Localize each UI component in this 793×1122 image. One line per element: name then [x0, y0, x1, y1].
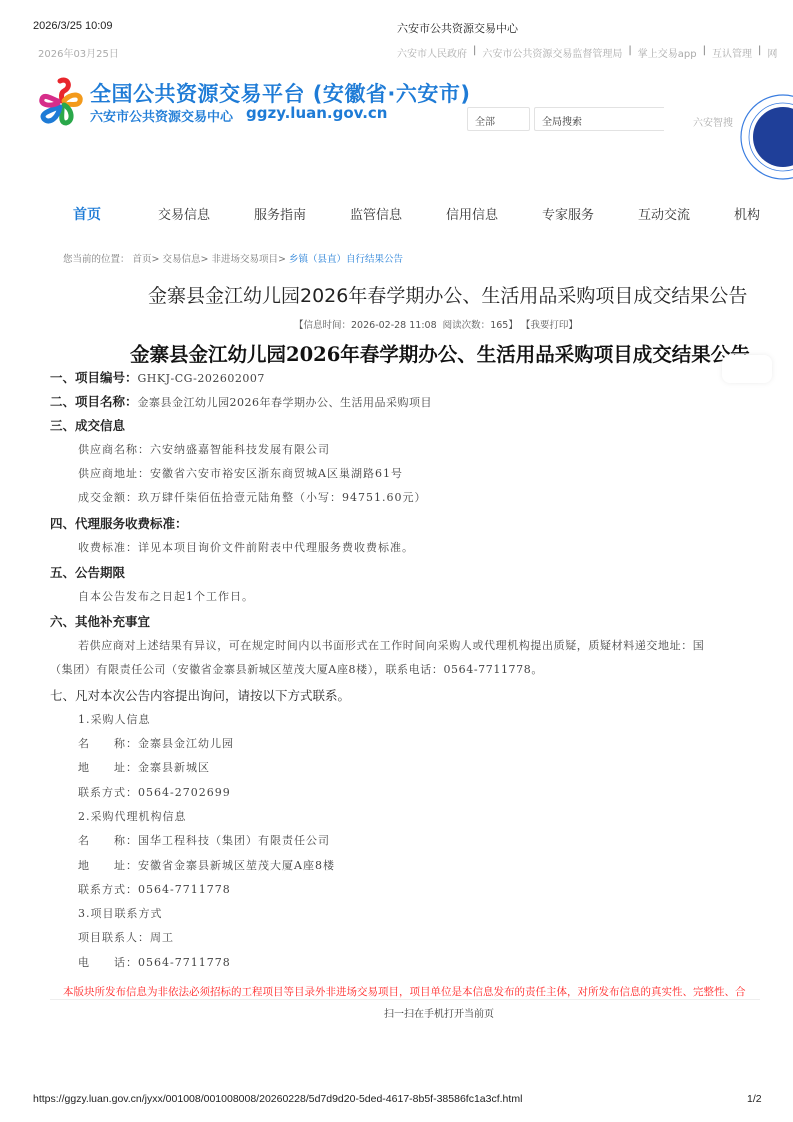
agency-heading: 2.采购代理机构信息 [78, 808, 187, 824]
deal-amount: 成交金额：玖万肆仟柒佰伍拾壹元陆角整（小写：94751.60元） [78, 489, 427, 505]
site-url: ggzy.luan.gov.cn [246, 104, 388, 122]
section-label: 一、项目编号： [50, 370, 138, 385]
breadcrumb: 您当前的位置： 首页> 交易信息> 非进场交易项目> 乡镇（县直）自行结果公告 [63, 251, 403, 265]
section-deal-info: 三、成交信息 [50, 416, 125, 434]
divider: | [758, 45, 761, 60]
project-contact-person: 项目联系人：周工 [78, 929, 174, 945]
objection-paragraph-line1: 若供应商对上述结果有异议，可在规定时间内以书面形式在工作时间向采购人或代理机构提… [50, 637, 760, 653]
emblem-seal-icon[interactable] [738, 92, 793, 182]
fee-standard: 收费标准：详见本项目询价文件前附表中代理服务费收费标准。 [78, 539, 414, 555]
nav-institutions[interactable]: 机构 [734, 204, 760, 223]
notice-period: 自本公告发布之日起1个工作日。 [78, 588, 254, 604]
nav-expert-service[interactable]: 专家服务 [542, 204, 594, 223]
project-name: 金寨县金江幼儿园2026年春学期办公、生活用品采购项目 [138, 396, 433, 409]
qr-scan-hint: 扫一扫在手机打开当前页 [384, 1005, 494, 1020]
supplier-address: 供应商地址：安徽省六安市裕安区浙东商贸城A区巢湖路61号 [78, 465, 403, 481]
section-project-number: 一、项目编号：GHKJ-CG-202602007 [50, 368, 265, 386]
agency-phone: 联系方式：0564-7711778 [78, 881, 231, 897]
project-contact-phone: 电 话：0564-7711778 [78, 954, 231, 970]
print-page-title: 六安市公共资源交易中心 [397, 20, 518, 36]
article-meta: 【信息时间：2026-02-28 11:08 阅读次数：165】 【我要打印】 [294, 317, 578, 331]
objection-paragraph-line2: （集团）有限责任公司（安徽省金寨县新城区堃茂大厦A座8楼），联系电话：0564-… [50, 661, 760, 677]
supplier-name: 供应商名称：六安纳盛嘉智能科技发展有限公司 [78, 441, 330, 457]
read-count-label: 阅读次数： [443, 320, 491, 331]
smart-search-button[interactable]: 六安智搜 [693, 114, 733, 129]
breadcrumb-non-venue-projects[interactable]: 非进场交易项目> [212, 254, 286, 265]
nav-supervision-info[interactable]: 监管信息 [350, 204, 402, 223]
link-mutual-recognition[interactable]: 互认管理 [712, 45, 752, 60]
breadcrumb-current[interactable]: 乡镇（县直）自行结果公告 [289, 254, 403, 265]
page-title: 金寨县金江幼儿园2026年春学期办公、生活用品采购项目成交结果公告 [148, 281, 747, 308]
disclaimer-notice: 本版块所发布信息为非依法必须招标的工程项目等目录外非进场交易项目，项目单位是本信… [63, 984, 760, 999]
breadcrumb-trade-info[interactable]: 交易信息> [163, 254, 209, 265]
platform-logo-icon[interactable] [38, 77, 86, 129]
current-date: 2026年03月25日 [38, 45, 119, 60]
divider: | [703, 45, 706, 60]
center-name: 六安市公共资源交易中心 [90, 106, 233, 125]
print-footer-url: https://ggzy.luan.gov.cn/jyxx/001008/001… [33, 1093, 522, 1105]
agency-name: 名 称：国华工程科技（集团）有限责任公司 [78, 832, 330, 848]
document-title: 金寨县金江幼儿园2026年春学期办公、生活用品采购项目成交结果公告 [130, 339, 750, 367]
meta-close: 】 [508, 320, 518, 331]
section-notice-period: 五、公告期限 [50, 563, 125, 581]
project-number: GHKJ-CG-202602007 [138, 372, 265, 385]
print-datetime: 2026/3/25 10:09 [33, 20, 113, 32]
divider: | [628, 45, 631, 60]
section-project-name: 二、项目名称：金寨县金江幼儿园2026年春学期办公、生活用品采购项目 [50, 392, 432, 410]
top-links: 六安市人民政府 | 六安市公共资源交易监督管理局 | 掌上交易app | 互认管… [397, 45, 777, 60]
meta-label: 【信息时间： [294, 320, 351, 331]
agency-address: 地 址：安徽省金寨县新城区堃茂大厦A座8楼 [78, 857, 335, 873]
nav-service-guide[interactable]: 服务指南 [254, 204, 306, 223]
search-scope-select[interactable]: 全部 [467, 107, 530, 131]
section-agency-fee: 四、代理服务收费标准： [50, 514, 188, 532]
divider: | [473, 45, 476, 60]
read-count: 165 [490, 320, 508, 331]
purchaser-address: 地 址：金寨县新城区 [78, 759, 210, 775]
nav-credit-info[interactable]: 信用信息 [446, 204, 498, 223]
main-nav: 首页 交易信息 服务指南 监管信息 信用信息 专家服务 互动交流 机构 [0, 204, 793, 224]
purchaser-heading: 1.采购人信息 [78, 711, 151, 727]
divider [50, 999, 760, 1000]
print-page-number: 1/2 [747, 1093, 762, 1105]
nav-interaction[interactable]: 互动交流 [638, 204, 690, 223]
breadcrumb-prefix: 您当前的位置： [63, 254, 130, 265]
global-search-input[interactable]: 全局搜索 [534, 107, 664, 131]
link-web[interactable]: 网 [767, 45, 777, 60]
link-luan-government[interactable]: 六安市人民政府 [397, 45, 467, 60]
link-supervision-bureau[interactable]: 六安市公共资源交易监督管理局 [482, 45, 622, 60]
nav-home[interactable]: 首页 [73, 204, 101, 224]
floating-toolbar-button[interactable] [722, 355, 772, 383]
section-label: 二、项目名称： [50, 394, 138, 409]
link-mobile-app[interactable]: 掌上交易app [638, 45, 697, 60]
section-contact: 七、凡对本次公告内容提出询问，请按以下方式联系。 [50, 686, 350, 704]
purchaser-name: 名 称：金寨县金江幼儿园 [78, 735, 234, 751]
purchaser-phone: 联系方式：0564-2702699 [78, 784, 231, 800]
project-contact-heading: 3.项目联系方式 [78, 905, 163, 921]
section-other-matters: 六、其他补充事宜 [50, 612, 150, 630]
nav-trade-info[interactable]: 交易信息 [158, 204, 210, 223]
print-link[interactable]: 【我要打印】 [521, 320, 578, 331]
breadcrumb-home[interactable]: 首页> [133, 254, 160, 265]
info-time: 2026-02-28 11:08 [351, 320, 437, 331]
